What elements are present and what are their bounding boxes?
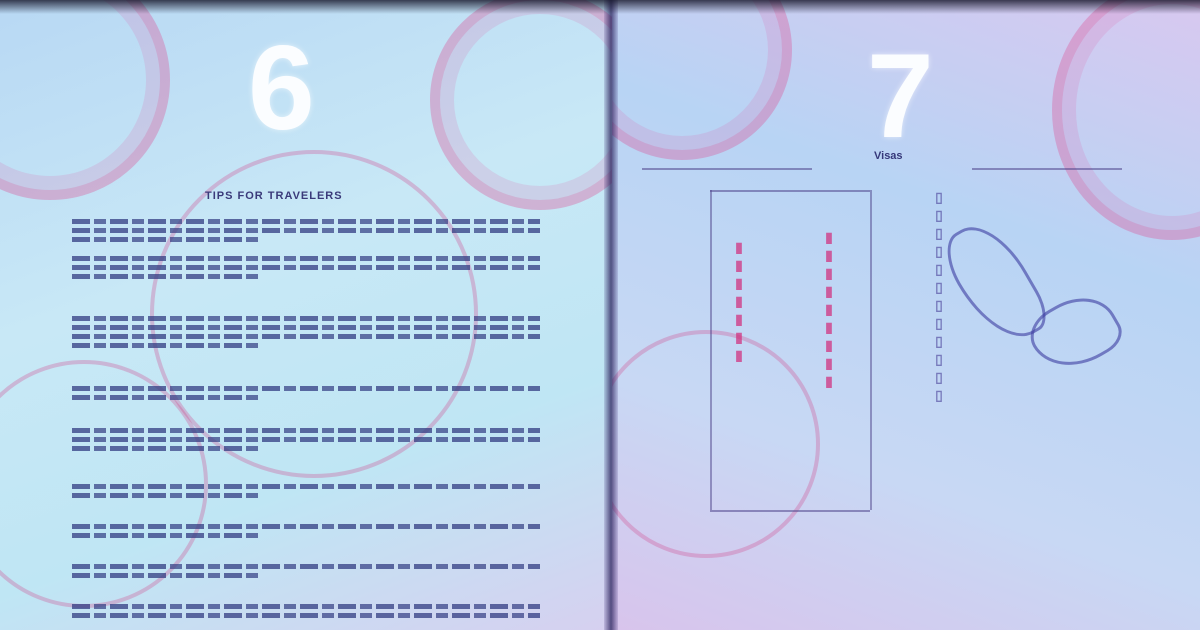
text-block bbox=[72, 600, 540, 622]
text-block bbox=[72, 520, 540, 542]
page-number: 6 bbox=[248, 28, 315, 148]
stamp-circular bbox=[612, 0, 792, 160]
stamp-circular bbox=[430, 0, 612, 210]
stamp-circular-faint bbox=[612, 330, 820, 558]
text-block bbox=[72, 252, 540, 283]
stamp-vertical-text: ▮▮▮▮▮▮▮▮▮ bbox=[822, 230, 838, 392]
entry-stamp-border bbox=[870, 190, 872, 510]
stamp-circular bbox=[1052, 0, 1200, 240]
divider bbox=[642, 168, 812, 170]
text-block bbox=[72, 560, 540, 582]
passport-page-right: 7 Visas ▮▮▮▮▮▮▮ ▮▮▮▮▮▮▮▮▮ ▯▯▯▯▯▯▯▯▯▯▯▯ bbox=[612, 0, 1200, 630]
edge-shadow bbox=[0, 0, 1200, 14]
text-block bbox=[72, 424, 540, 455]
passport-spread: 6 TIPS FOR TRAVELERS 7 Visas ▮▮▮▮▮▮▮ ▮▮▮… bbox=[0, 0, 1200, 630]
binding-gutter bbox=[604, 0, 618, 630]
entry-stamp-border bbox=[710, 510, 870, 512]
stamp-vertical-text: ▯▯▯▯▯▯▯▯▯▯▯▯ bbox=[932, 190, 948, 406]
entry-stamp-border bbox=[710, 190, 712, 510]
text-block bbox=[72, 480, 540, 502]
divider bbox=[972, 168, 1122, 170]
passport-page-left: 6 TIPS FOR TRAVELERS bbox=[0, 0, 612, 630]
stamp-circular bbox=[0, 0, 170, 200]
page-number: 7 bbox=[867, 36, 934, 156]
entry-stamp-border bbox=[710, 190, 870, 192]
stamp-vertical-text: ▮▮▮▮▮▮▮ bbox=[732, 240, 748, 366]
text-block bbox=[72, 215, 540, 246]
text-block bbox=[72, 382, 540, 404]
visas-label: Visas bbox=[874, 150, 903, 162]
text-block bbox=[72, 312, 540, 352]
page-heading: TIPS FOR TRAVELERS bbox=[205, 190, 343, 202]
